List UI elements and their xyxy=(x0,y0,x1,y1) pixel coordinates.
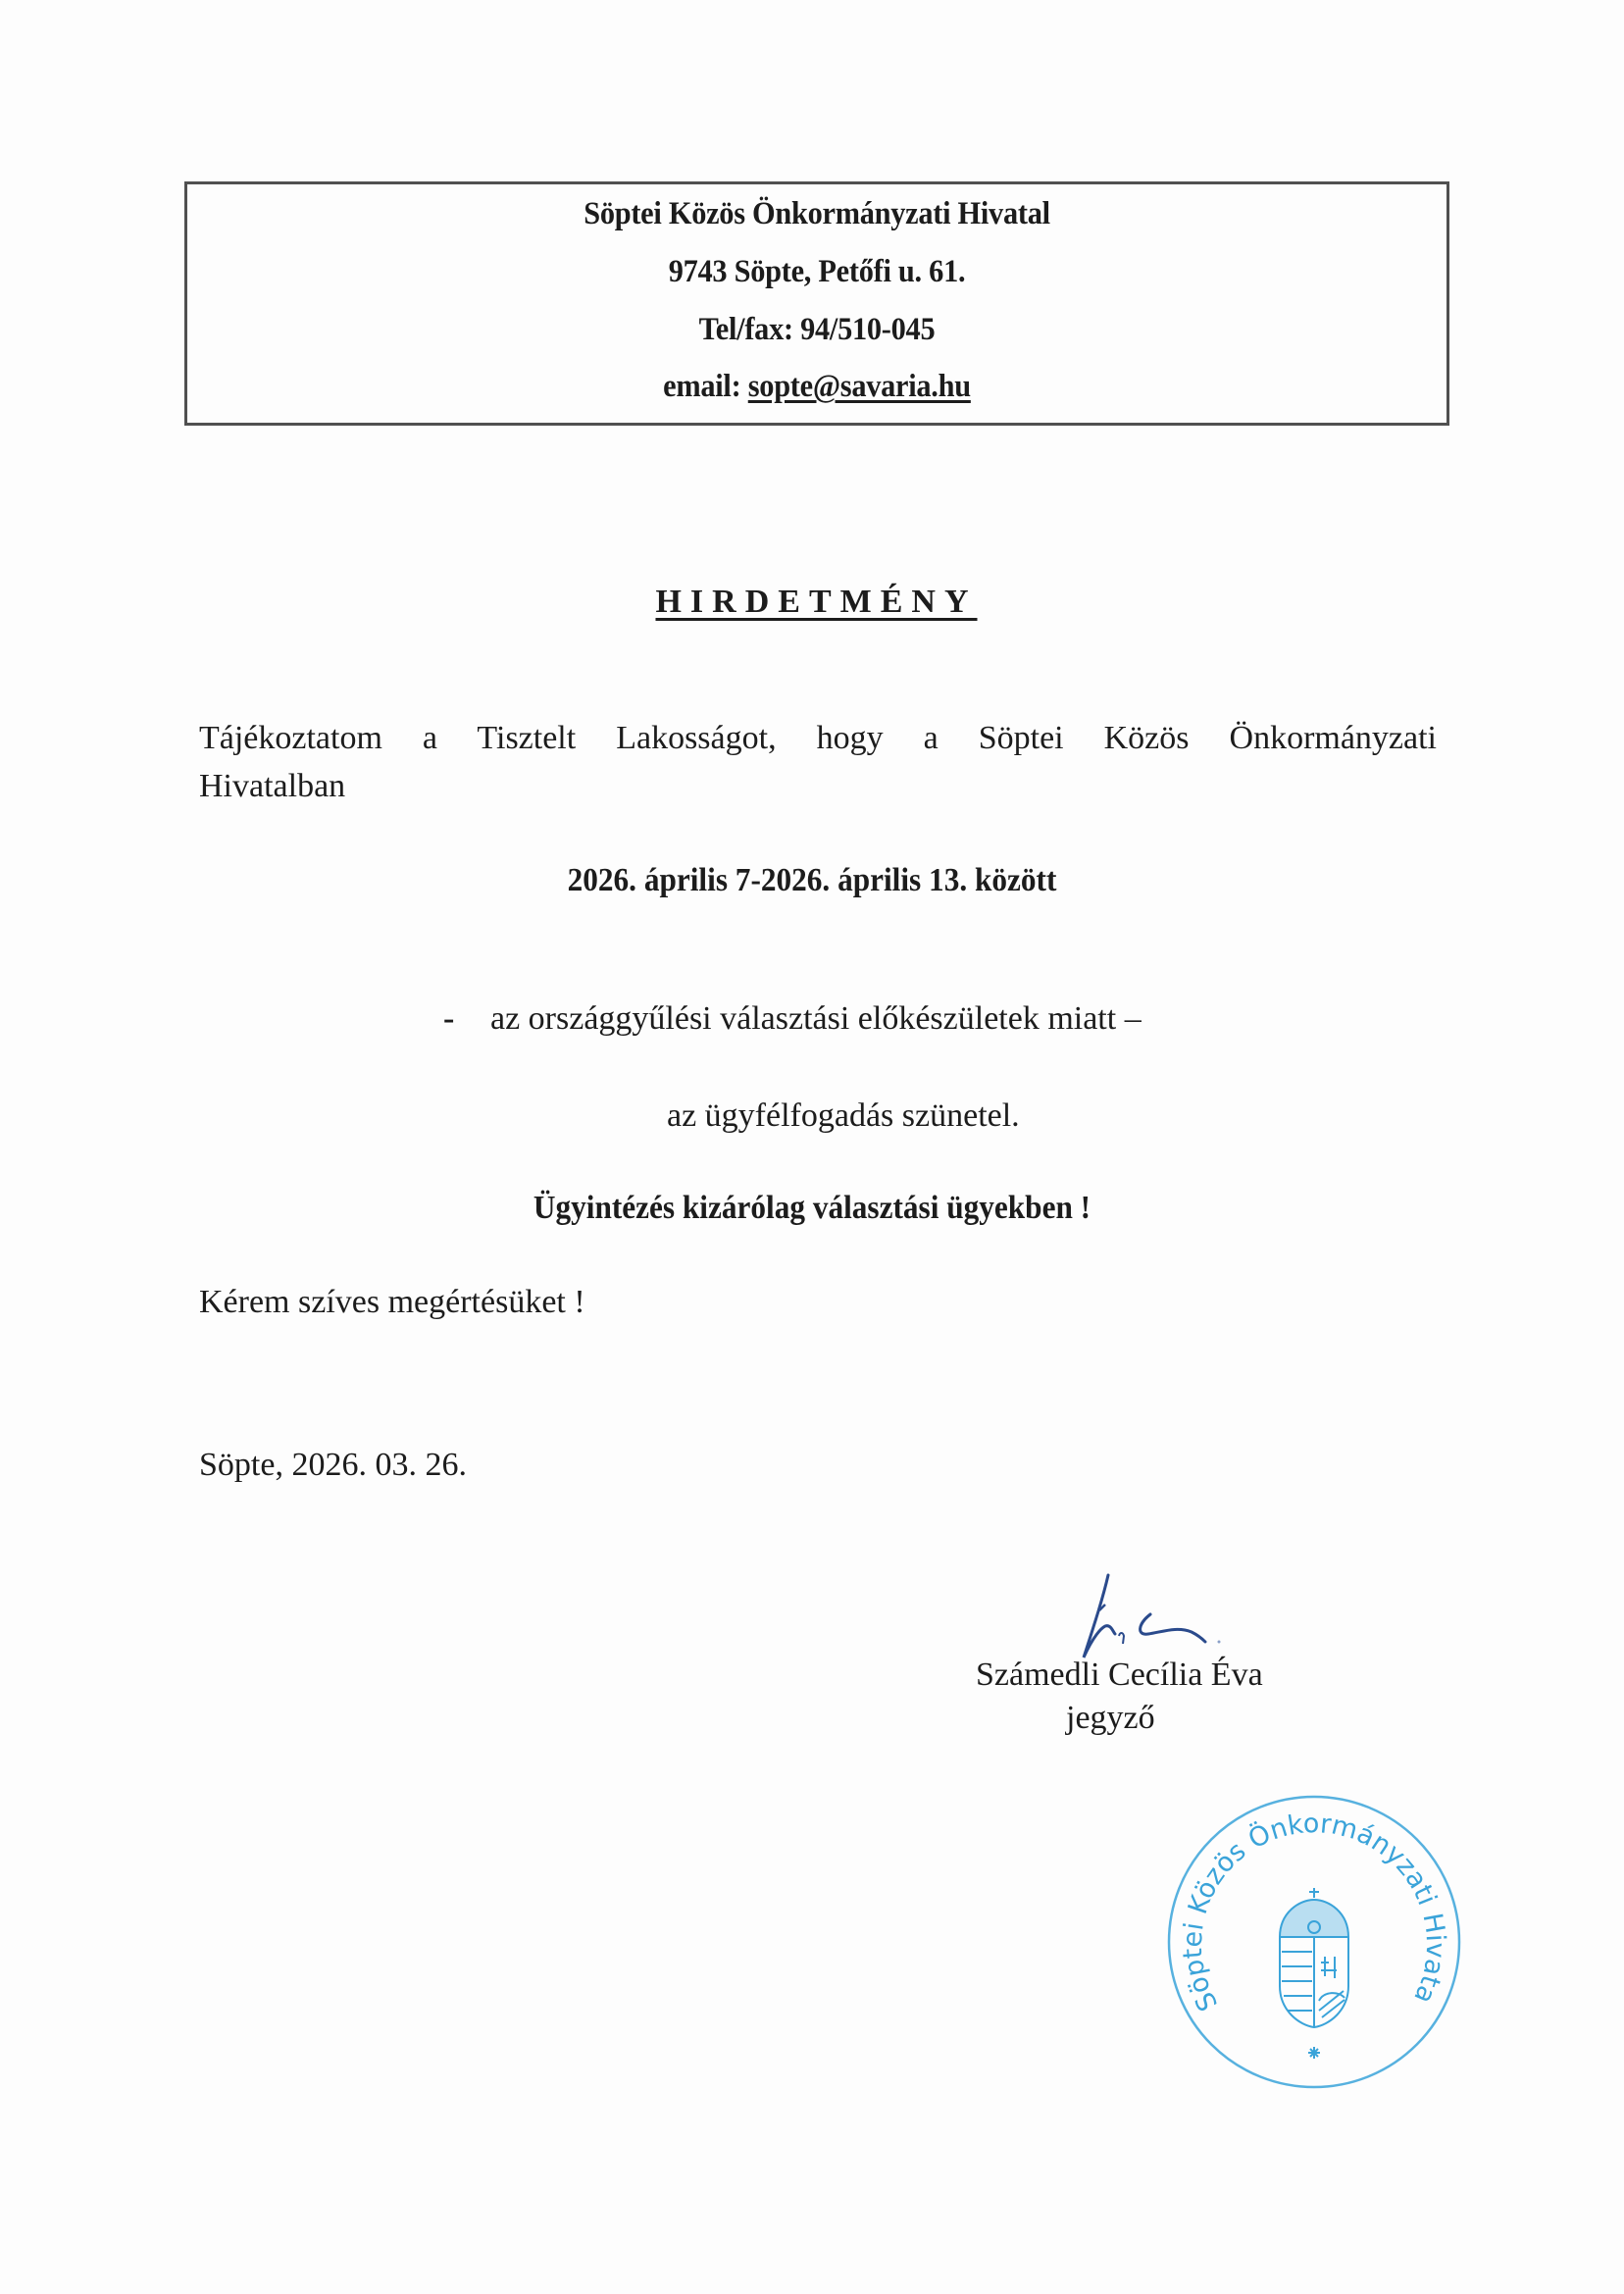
request-text: Kérem szíves megértésüket ! xyxy=(199,1281,585,1324)
document-page: Söptei Közös Önkormányzati Hivatal 9743 … xyxy=(0,0,1624,2294)
intro-line-2: Hivatalban xyxy=(199,768,345,804)
phone-number: 94/510-045 xyxy=(800,312,935,347)
exclusive-notice: Ügyintézés kizárólag választási ügyekben… xyxy=(65,1187,1559,1230)
signer-name: Számedli Cecília Éva xyxy=(976,1654,1263,1697)
reason-line: -az országgyűlési választási előkészület… xyxy=(443,997,1142,1041)
intro-line-1: Tájékoztatom a Tisztelt Lakosságot, hogy… xyxy=(199,714,1437,762)
email-label: email: xyxy=(663,369,740,404)
coat-of-arms-icon xyxy=(1280,1888,1348,2027)
suspended-notice: az ügyfélfogadás szünetel. xyxy=(667,1095,1020,1138)
dash-bullet: - xyxy=(443,997,490,1041)
phone-label: Tel/fax: xyxy=(699,312,793,347)
signer-title: jegyző xyxy=(1066,1697,1155,1740)
office-name: Söptei Közös Önkormányzati Hivatal xyxy=(237,194,1396,233)
official-stamp-icon: Söptei Közös Önkormányzati Hivatal xyxy=(1162,1790,1466,2094)
title-text: HIRDETMÉNY xyxy=(655,584,977,620)
office-phone: Tel/fax: 94/510-045 xyxy=(237,310,1396,349)
email-link[interactable]: sopte@savaria.hu xyxy=(748,369,971,404)
date-range: 2026. április 7-2026. április 13. között xyxy=(65,859,1559,902)
star-icon xyxy=(1308,2047,1320,2059)
reason-text: az országgyűlési választási előkészülete… xyxy=(490,1000,1142,1037)
intro-paragraph: Tájékoztatom a Tisztelt Lakosságot, hogy… xyxy=(199,714,1437,810)
document-title: HIRDETMÉNY xyxy=(0,583,1624,622)
place-date: Söpte, 2026. 03. 26. xyxy=(199,1444,467,1487)
letterhead-box: Söptei Közös Önkormányzati Hivatal 9743 … xyxy=(184,181,1449,426)
office-email: email: sopte@savaria.hu xyxy=(237,367,1396,406)
office-address: 9743 Söpte, Petőfi u. 61. xyxy=(237,252,1396,291)
